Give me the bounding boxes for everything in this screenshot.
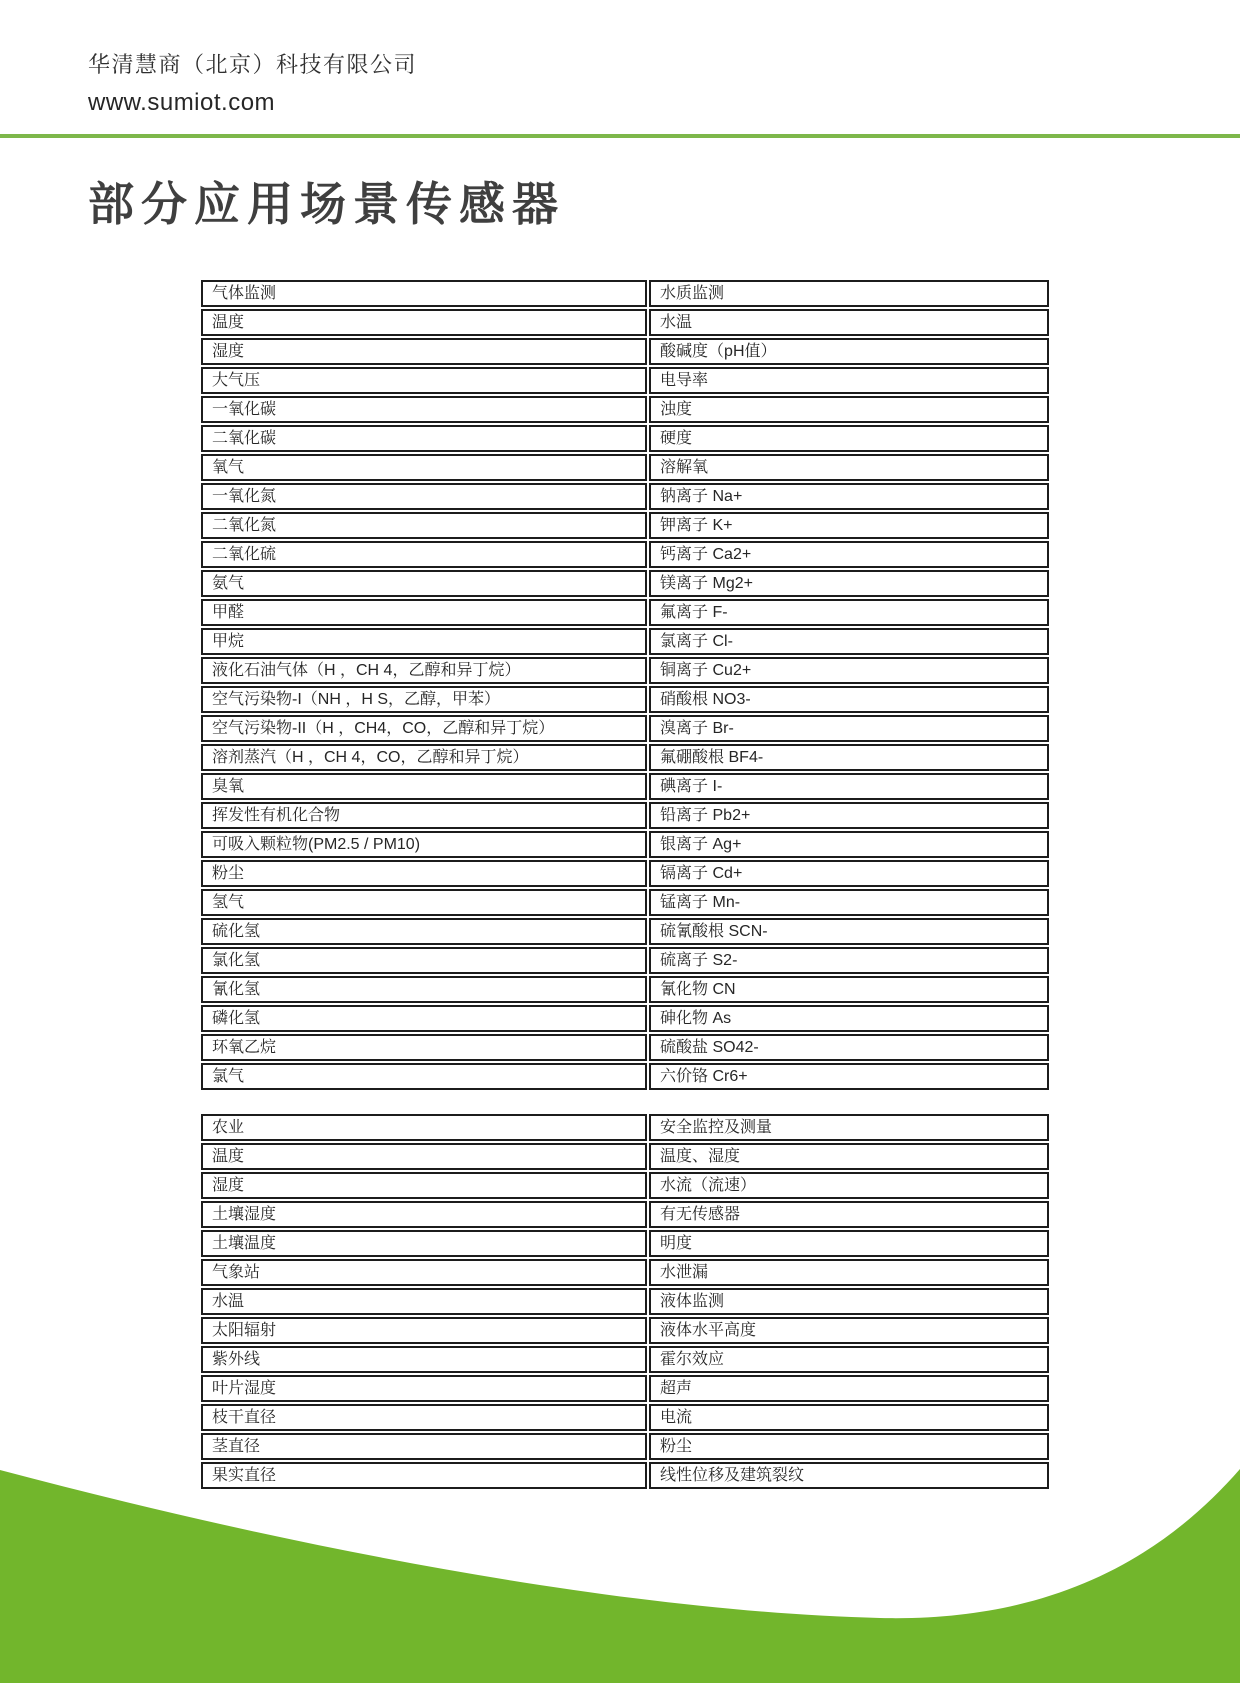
table-header-cell: 安全监控及测量	[649, 1114, 1049, 1141]
table-cell: 一氧化氮	[201, 483, 647, 510]
table-row: 磷化氢砷化物 As	[201, 1005, 1049, 1032]
table-cell: 气象站	[201, 1259, 647, 1286]
table-cell: 液体监测	[649, 1288, 1049, 1315]
table-cell: 电导率	[649, 367, 1049, 394]
table-row: 水温液体监测	[201, 1288, 1049, 1315]
table-cell: 铅离子 Pb2+	[649, 802, 1049, 829]
table-row: 紫外线霍尔效应	[201, 1346, 1049, 1373]
table-cell: 紫外线	[201, 1346, 647, 1373]
table-cell: 氟硼酸根 BF4-	[649, 744, 1049, 771]
table-cell: 钠离子 Na+	[649, 483, 1049, 510]
table-cell: 钾离子 K+	[649, 512, 1049, 539]
table-cell: 臭氧	[201, 773, 647, 800]
table-row: 臭氧碘离子 I-	[201, 773, 1049, 800]
table-cell: 超声	[649, 1375, 1049, 1402]
table-row: 硫化氢硫氰酸根 SCN-	[201, 918, 1049, 945]
table-cell: 环氧乙烷	[201, 1034, 647, 1061]
table-row: 二氧化硫钙离子 Ca2+	[201, 541, 1049, 568]
table-header-row: 气体监测水质监测	[201, 280, 1049, 307]
table-cell: 氯气	[201, 1063, 647, 1090]
table-cell: 水泄漏	[649, 1259, 1049, 1286]
table-cell: 氰化氢	[201, 976, 647, 1003]
company-name: 华清慧商（北京）科技有限公司	[88, 48, 417, 79]
table-row: 空气污染物-II（H ，CH4，CO，乙醇和异丁烷）溴离子 Br-	[201, 715, 1049, 742]
table-row: 二氧化碳硬度	[201, 425, 1049, 452]
table-row: 土壤温度明度	[201, 1230, 1049, 1257]
table-cell: 液化石油气体（H ，CH 4，乙醇和异丁烷）	[201, 657, 647, 684]
table-row: 叶片湿度超声	[201, 1375, 1049, 1402]
table-cell: 氢气	[201, 889, 647, 916]
table-header-cell: 农业	[201, 1114, 647, 1141]
table-header-cell: 水质监测	[649, 280, 1049, 307]
table-cell: 水流（流速）	[649, 1172, 1049, 1199]
table-header-cell: 气体监测	[201, 280, 647, 307]
table-cell: 氧气	[201, 454, 647, 481]
table-row: 甲烷氯离子 Cl-	[201, 628, 1049, 655]
table-cell: 土壤温度	[201, 1230, 647, 1257]
gas-water-table: 气体监测水质监测温度水温湿度酸碱度（pH值）大气压电导率一氧化碳浊度二氧化碳硬度…	[199, 278, 1051, 1092]
table-row: 氨气镁离子 Mg2+	[201, 570, 1049, 597]
table-cell: 大气压	[201, 367, 647, 394]
table-row: 环氧乙烷硫酸盐 SO42-	[201, 1034, 1049, 1061]
table-row: 湿度水流（流速）	[201, 1172, 1049, 1199]
sensor-tables-section: 气体监测水质监测温度水温湿度酸碱度（pH值）大气压电导率一氧化碳浊度二氧化碳硬度…	[199, 278, 1053, 1491]
table-cell: 酸碱度（pH值）	[649, 338, 1049, 365]
table-cell: 温度	[201, 1143, 647, 1170]
table-cell: 湿度	[201, 1172, 647, 1199]
table-row: 大气压电导率	[201, 367, 1049, 394]
table-cell: 二氧化硫	[201, 541, 647, 568]
table-row: 空气污染物-I（NH ，H S，乙醇，甲苯）硝酸根 NO3-	[201, 686, 1049, 713]
table-cell: 甲醛	[201, 599, 647, 626]
table-cell: 锰离子 Mn-	[649, 889, 1049, 916]
page-header: 华清慧商（北京）科技有限公司 www.sumiot.com	[88, 48, 417, 117]
table-row: 二氧化氮钾离子 K+	[201, 512, 1049, 539]
table-cell: 温度	[201, 309, 647, 336]
table-cell: 硫化氢	[201, 918, 647, 945]
table-cell: 二氧化碳	[201, 425, 647, 452]
table-cell: 溴离子 Br-	[649, 715, 1049, 742]
table-cell: 钙离子 Ca2+	[649, 541, 1049, 568]
table-cell: 土壤湿度	[201, 1201, 647, 1228]
table-row: 氯气六价铬 Cr6+	[201, 1063, 1049, 1090]
table-cell: 温度、湿度	[649, 1143, 1049, 1170]
table-row: 液化石油气体（H ，CH 4，乙醇和异丁烷）铜离子 Cu2+	[201, 657, 1049, 684]
table-row: 太阳辐射液体水平高度	[201, 1317, 1049, 1344]
table-cell: 明度	[649, 1230, 1049, 1257]
table-cell: 太阳辐射	[201, 1317, 647, 1344]
table-row: 挥发性有机化合物铅离子 Pb2+	[201, 802, 1049, 829]
table-cell: 有无传感器	[649, 1201, 1049, 1228]
table-cell: 水温	[201, 1288, 647, 1315]
table-cell: 氰化物 CN	[649, 976, 1049, 1003]
table-row: 氯化氢硫离子 S2-	[201, 947, 1049, 974]
table-cell: 六价铬 Cr6+	[649, 1063, 1049, 1090]
table-cell: 霍尔效应	[649, 1346, 1049, 1373]
table-row: 氢气锰离子 Mn-	[201, 889, 1049, 916]
table-row: 温度温度、湿度	[201, 1143, 1049, 1170]
table-cell: 空气污染物-II（H ，CH4，CO，乙醇和异丁烷）	[201, 715, 647, 742]
table-cell: 湿度	[201, 338, 647, 365]
table-cell: 磷化氢	[201, 1005, 647, 1032]
table-cell: 氟离子 F-	[649, 599, 1049, 626]
bottom-wave-decoration	[0, 1421, 1240, 1683]
table-row: 一氧化碳浊度	[201, 396, 1049, 423]
website-url: www.sumiot.com	[88, 89, 417, 117]
table-cell: 碘离子 I-	[649, 773, 1049, 800]
table-cell: 空气污染物-I（NH ，H S，乙醇，甲苯）	[201, 686, 647, 713]
table-cell: 甲烷	[201, 628, 647, 655]
table-row: 气象站水泄漏	[201, 1259, 1049, 1286]
table-cell: 可吸入颗粒物(PM2.5 / PM10)	[201, 831, 647, 858]
table-row: 一氧化氮钠离子 Na+	[201, 483, 1049, 510]
table-cell: 银离子 Ag+	[649, 831, 1049, 858]
table-cell: 硫酸盐 SO42-	[649, 1034, 1049, 1061]
table-cell: 镁离子 Mg2+	[649, 570, 1049, 597]
table-cell: 硫氰酸根 SCN-	[649, 918, 1049, 945]
table-cell: 溶剂蒸汽（H ，CH 4，CO，乙醇和异丁烷）	[201, 744, 647, 771]
table-cell: 氨气	[201, 570, 647, 597]
table-cell: 镉离子 Cd+	[649, 860, 1049, 887]
table-row: 溶剂蒸汽（H ，CH 4，CO，乙醇和异丁烷）氟硼酸根 BF4-	[201, 744, 1049, 771]
table-cell: 氯化氢	[201, 947, 647, 974]
table-cell: 二氧化氮	[201, 512, 647, 539]
table-cell: 硫离子 S2-	[649, 947, 1049, 974]
table-cell: 溶解氧	[649, 454, 1049, 481]
table-row: 粉尘镉离子 Cd+	[201, 860, 1049, 887]
table-row: 土壤湿度有无传感器	[201, 1201, 1049, 1228]
table-cell: 硬度	[649, 425, 1049, 452]
table-cell: 浊度	[649, 396, 1049, 423]
table-cell: 粉尘	[201, 860, 647, 887]
table-cell: 硝酸根 NO3-	[649, 686, 1049, 713]
table-cell: 氯离子 Cl-	[649, 628, 1049, 655]
table-row: 可吸入颗粒物(PM2.5 / PM10)银离子 Ag+	[201, 831, 1049, 858]
table-cell: 挥发性有机化合物	[201, 802, 647, 829]
table-row: 氰化氢氰化物 CN	[201, 976, 1049, 1003]
table-cell: 叶片湿度	[201, 1375, 647, 1402]
table-header-row: 农业安全监控及测量	[201, 1114, 1049, 1141]
page-title: 部分应用场景传感器	[88, 168, 565, 234]
table-cell: 液体水平高度	[649, 1317, 1049, 1344]
table-row: 湿度酸碱度（pH值）	[201, 338, 1049, 365]
table-cell: 一氧化碳	[201, 396, 647, 423]
header-divider-rule	[0, 134, 1240, 138]
table-row: 温度水温	[201, 309, 1049, 336]
table-row: 氧气溶解氧	[201, 454, 1049, 481]
table-cell: 铜离子 Cu2+	[649, 657, 1049, 684]
table-cell: 水温	[649, 309, 1049, 336]
table-row: 甲醛氟离子 F-	[201, 599, 1049, 626]
table-cell: 砷化物 As	[649, 1005, 1049, 1032]
